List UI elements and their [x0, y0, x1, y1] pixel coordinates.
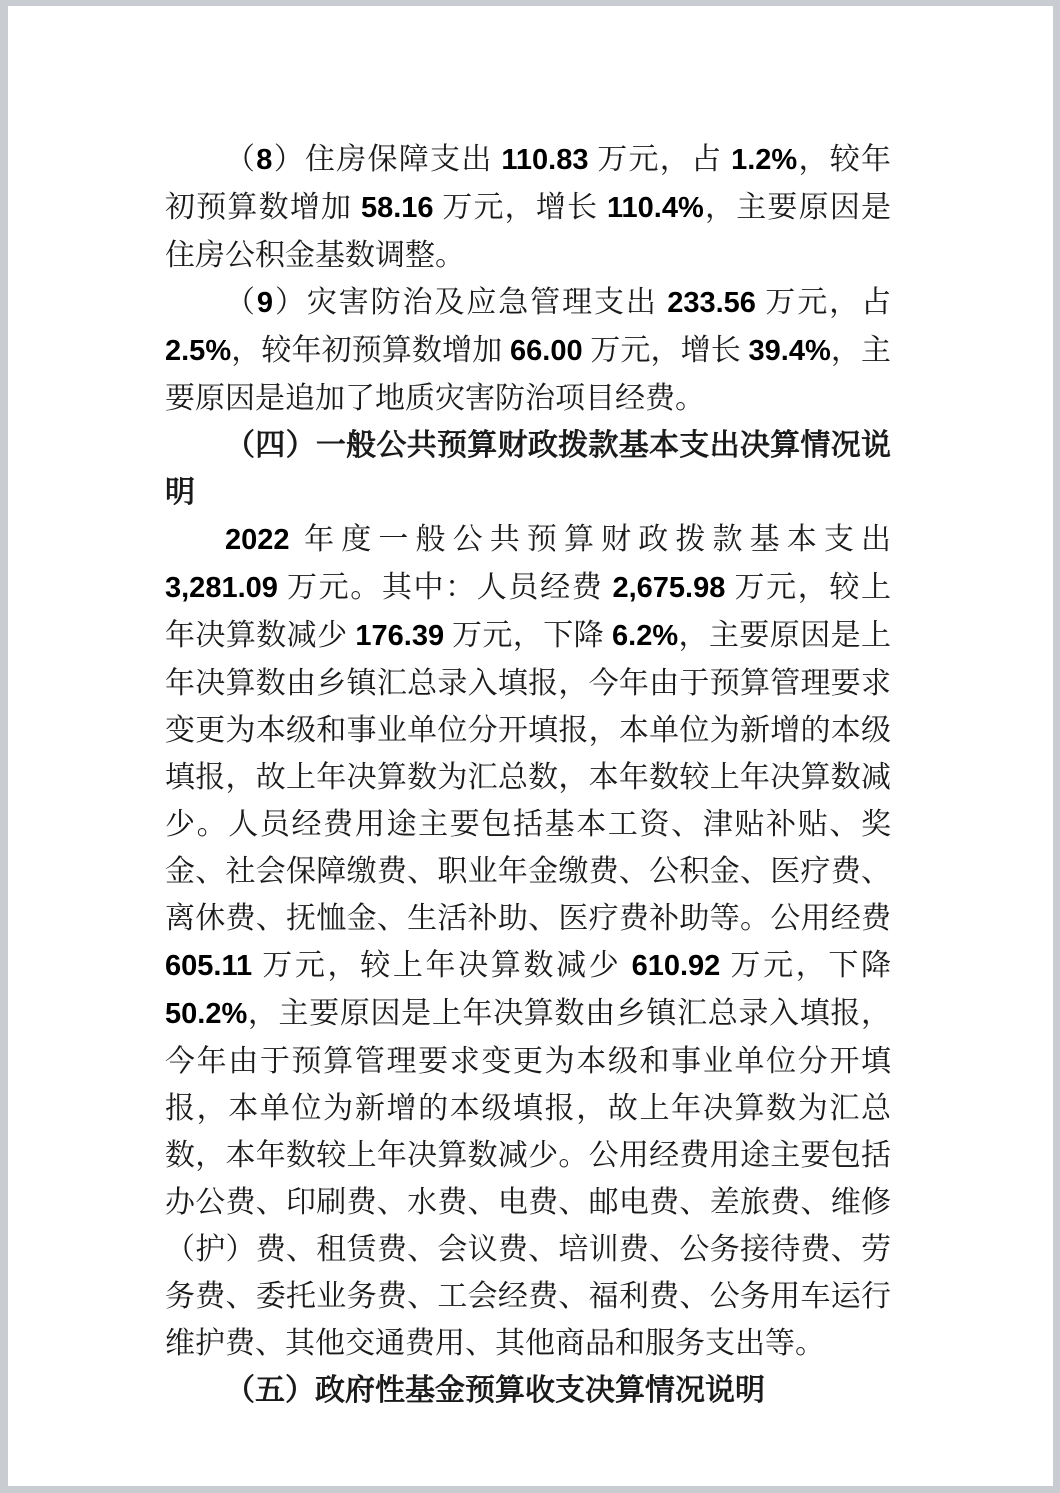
text-run: ，主要原因是上年决算数由乡镇汇总录入填报，今年由于预算管理要求变更为本级和事业单…	[165, 619, 891, 935]
numeric-value: 9	[257, 287, 273, 319]
numeric-value: 233.56	[667, 287, 756, 319]
text-run: ）灾害防治及应急管理支出	[273, 286, 667, 319]
text-run: （四）一般公共预算财政拨款基本支出决算情况说明	[165, 429, 891, 509]
text-run: 万元，占	[756, 286, 891, 319]
numeric-value: 66.00	[510, 335, 583, 367]
text-run: （	[225, 143, 256, 176]
paragraph-basic-expenditure: 2022 年度一般公共预算财政拨款基本支出 3,281.09 万元。其中：人员经…	[165, 516, 891, 1367]
numeric-value: 50.2%	[165, 998, 247, 1030]
numeric-value: 2022	[225, 524, 290, 556]
numeric-value: 58.16	[361, 192, 434, 224]
text-run: （五）政府性基金预算收支决算情况说明	[225, 1374, 765, 1407]
text-run: ，主要原因是上年决算数由乡镇汇总录入填报，今年由于预算管理要求变更为本级和事业单…	[165, 997, 891, 1360]
text-run: 年度一般公共预算财政拨款基本支出	[290, 523, 891, 556]
numeric-value: 2.5%	[165, 335, 231, 367]
text-run: 万元，增长	[583, 334, 749, 367]
section-heading-4: （四）一般公共预算财政拨款基本支出决算情况说明	[165, 422, 891, 516]
paragraph-item-8: （8）住房保障支出 110.83 万元，占 1.2%，较年初预算数增加 58.1…	[165, 136, 891, 279]
numeric-value: 3,281.09	[165, 572, 278, 604]
text-run: ，较年初预算数增加	[231, 334, 510, 367]
text-run: ）住房保障支出	[272, 143, 501, 176]
text-run: 万元，较上年决算数减少	[252, 949, 631, 982]
document-body: （8）住房保障支出 110.83 万元，占 1.2%，较年初预算数增加 58.1…	[8, 6, 1053, 1414]
document-page: （8）住房保障支出 110.83 万元，占 1.2%，较年初预算数增加 58.1…	[8, 6, 1053, 1486]
paragraph-item-9: （9）灾害防治及应急管理支出 233.56 万元，占 2.5%，较年初预算数增加…	[165, 279, 891, 422]
numeric-value: 6.2%	[612, 620, 678, 652]
numeric-value: 605.11	[165, 950, 252, 982]
numeric-value: 176.39	[355, 620, 444, 652]
numeric-value: 1.2%	[731, 144, 797, 176]
text-run: 万元。其中：人员经费	[278, 571, 613, 604]
numeric-value: 39.4%	[749, 335, 831, 367]
numeric-value: 8	[256, 144, 272, 176]
text-run: 万元，增长	[434, 191, 607, 224]
numeric-value: 610.92	[632, 950, 721, 982]
numeric-value: 110.4%	[607, 192, 704, 224]
text-run: （	[225, 286, 257, 319]
numeric-value: 110.83	[501, 144, 588, 176]
section-heading-5: （五）政府性基金预算收支决算情况说明	[165, 1367, 891, 1414]
text-run: 万元，占	[588, 143, 731, 176]
text-run: 万元，下降	[444, 619, 612, 652]
numeric-value: 2,675.98	[612, 572, 725, 604]
text-run: 万元，下降	[720, 949, 891, 982]
